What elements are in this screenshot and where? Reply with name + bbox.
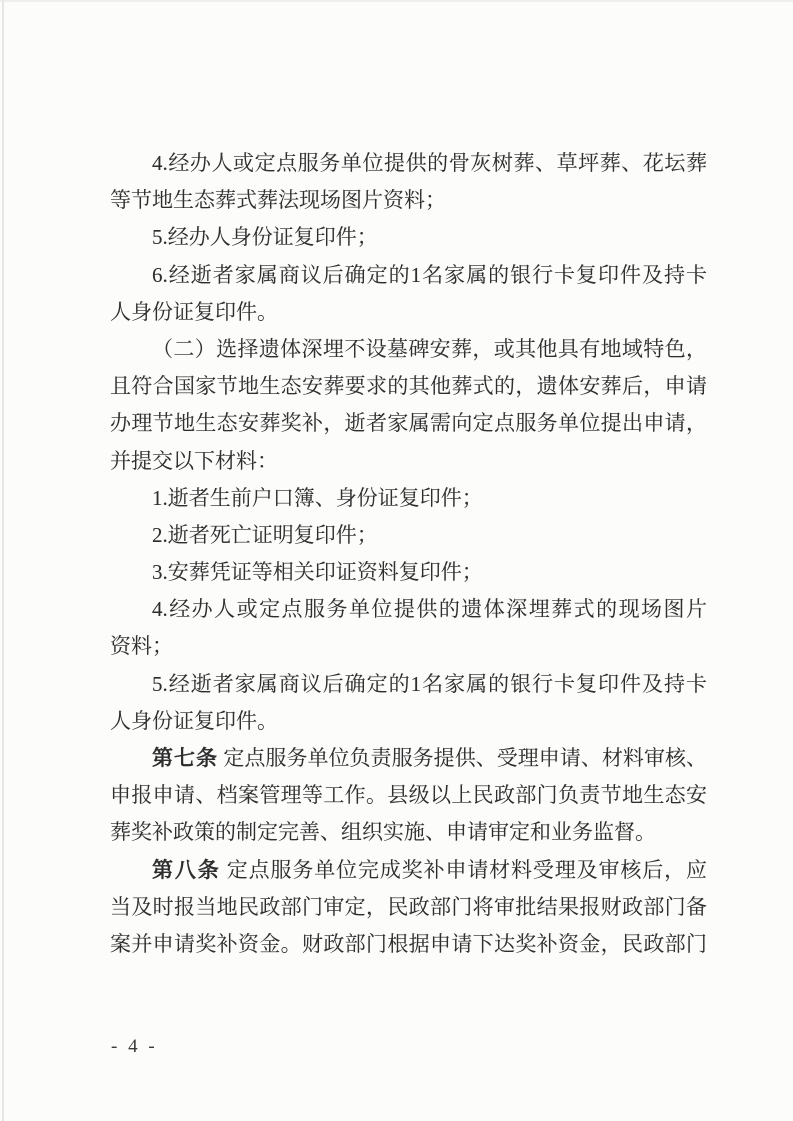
paragraph: 2.逝者死亡证明复印件； xyxy=(110,517,707,554)
text-line: 资料； xyxy=(110,628,707,665)
text-line: 并提交以下材料： xyxy=(110,443,707,480)
paragraph: 5.经逝者家属商议后确定的1名家属的银行卡复印件及持卡人身份证复印件。 xyxy=(110,666,707,740)
paragraph: 5.经办人身份证复印件； xyxy=(110,219,707,256)
page-number: - 4 - xyxy=(111,1036,158,1058)
text-line: 5.经办人身份证复印件； xyxy=(110,219,707,256)
text-line: 2.逝者死亡证明复印件； xyxy=(110,517,707,554)
text-line: 1.逝者生前户口簿、身份证复印件； xyxy=(110,480,707,517)
text-line: 且符合国家节地生态安葬要求的其他葬式的，遗体安葬后，申请 xyxy=(110,368,707,405)
paragraph: 6.经逝者家属商议后确定的1名家属的银行卡复印件及持卡人身份证复印件。 xyxy=(110,257,707,331)
text-line: 3.安葬凭证等相关印证资料复印件； xyxy=(110,554,707,591)
text-line: 申报申请、档案管理等工作。县级以上民政部门负责节地生态安 xyxy=(110,777,707,814)
paragraph: 4.经办人或定点服务单位提供的遗体深埋葬式的现场图片资料； xyxy=(110,591,707,665)
text-line: 等节地生态葬式葬法现场图片资料； xyxy=(110,182,707,219)
text-line: 4.经办人或定点服务单位提供的遗体深埋葬式的现场图片 xyxy=(110,591,707,628)
text-line: 第七条 定点服务单位负责服务提供、受理申请、材料审核、 xyxy=(110,740,707,777)
paragraph: （二）选择遗体深埋不设墓碑安葬，或其他具有地域特色，且符合国家节地生态安葬要求的… xyxy=(110,331,707,480)
text-line: 人身份证复印件。 xyxy=(110,294,707,331)
paragraph: 3.安葬凭证等相关印证资料复印件； xyxy=(110,554,707,591)
paragraph: 1.逝者生前户口簿、身份证复印件； xyxy=(110,480,707,517)
text-line: 人身份证复印件。 xyxy=(110,703,707,740)
text-line: 4.经办人或定点服务单位提供的骨灰树葬、草坪葬、花坛葬 xyxy=(110,145,707,182)
text-line: 5.经逝者家属商议后确定的1名家属的银行卡复印件及持卡 xyxy=(110,666,707,703)
paragraph: 4.经办人或定点服务单位提供的骨灰树葬、草坪葬、花坛葬等节地生态葬式葬法现场图片… xyxy=(110,145,707,219)
text-line: 案并申请奖补资金。财政部门根据申请下达奖补资金，民政部门 xyxy=(110,926,707,963)
text-line: 当及时报当地民政部门审定，民政部门将审批结果报财政部门备 xyxy=(110,889,707,926)
scan-edge-left xyxy=(2,0,4,1121)
scan-edge-top xyxy=(0,0,793,2)
article-number-label: 第八条 xyxy=(152,859,221,882)
article-paragraph: 第八条 定点服务单位完成奖补申请材料受理及审核后，应当及时报当地民政部门审定，民… xyxy=(110,852,707,964)
text-line: 第八条 定点服务单位完成奖补申请材料受理及审核后，应 xyxy=(110,852,707,889)
text-line: 办理节地生态安葬奖补，逝者家属需向定点服务单位提出申请， xyxy=(110,405,707,442)
text-line: （二）选择遗体深埋不设墓碑安葬，或其他具有地域特色， xyxy=(110,331,707,368)
document-body: 4.经办人或定点服务单位提供的骨灰树葬、草坪葬、花坛葬等节地生态葬式葬法现场图片… xyxy=(110,145,707,963)
text-line: 葬奖补政策的制定完善、组织实施、申请审定和业务监督。 xyxy=(110,814,707,851)
article-number-label: 第七条 xyxy=(152,747,218,770)
text-line: 6.经逝者家属商议后确定的1名家属的银行卡复印件及持卡 xyxy=(110,257,707,294)
article-paragraph: 第七条 定点服务单位负责服务提供、受理申请、材料审核、申报申请、档案管理等工作。… xyxy=(110,740,707,852)
